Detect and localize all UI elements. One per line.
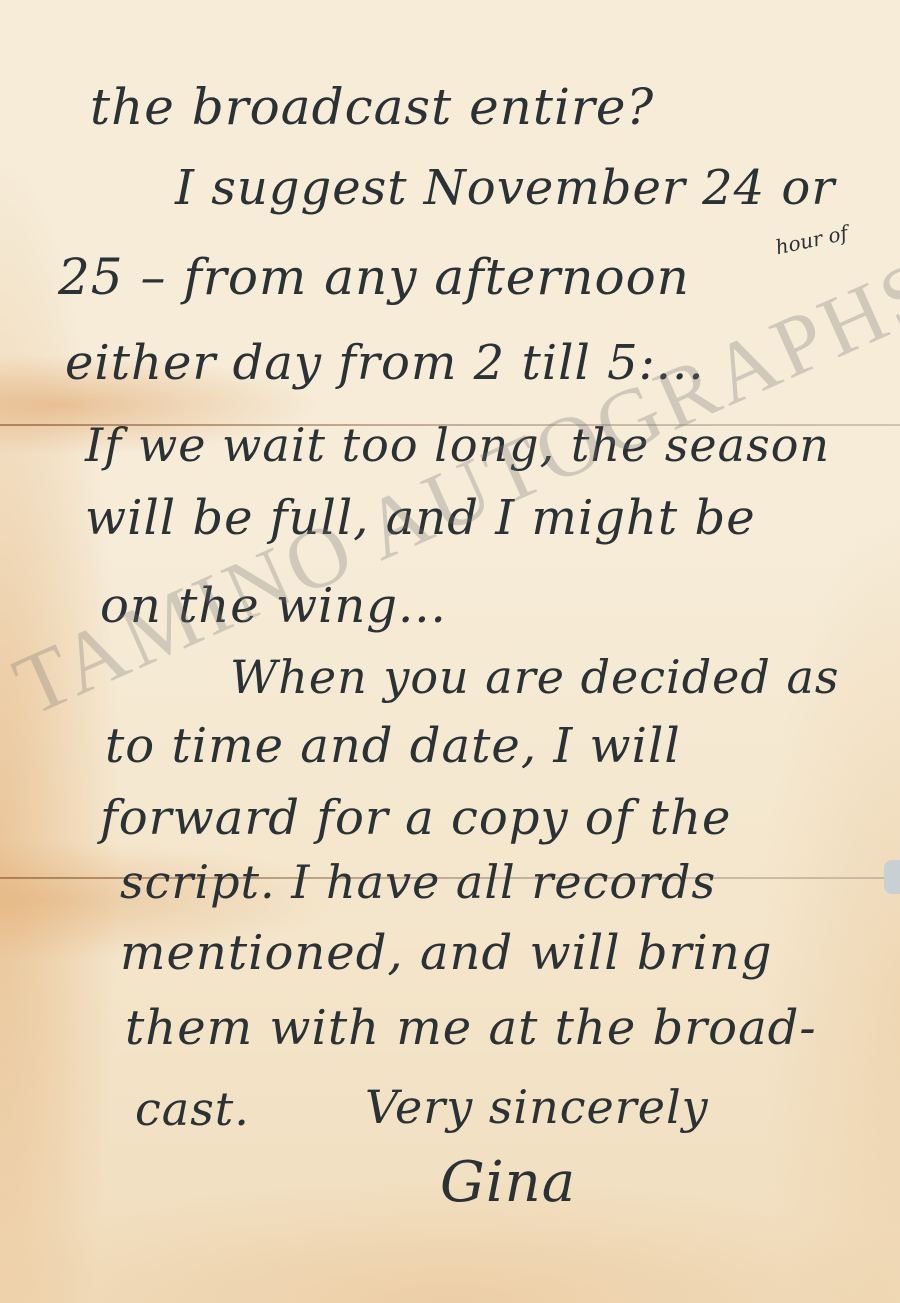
letter-page: the broadcast entire? I suggest November… [0, 0, 900, 1303]
letter-line-1: the broadcast entire? [90, 78, 654, 136]
letter-line-8: When you are decided as [230, 650, 839, 704]
letter-line-9: to time and date, I will [105, 718, 681, 774]
inserted-text: hour of [773, 221, 850, 260]
signature: Gina [440, 1150, 576, 1215]
letter-line-6: will be full, and I might be [85, 490, 756, 546]
letter-line-10: forward for a copy of the [100, 790, 731, 846]
letter-line-7: on the wing... [100, 578, 447, 634]
letter-line-14: cast. [135, 1082, 250, 1136]
letter-line-3: 25 – from any afternoon [58, 248, 690, 306]
letter-line-11: script. I have all records [120, 855, 716, 909]
closing: Very sincerely [365, 1080, 709, 1134]
letter-line-13: them with me at the broad- [125, 1000, 817, 1056]
letter-line-4: either day from 2 till 5:... [65, 335, 705, 391]
letter-line-2: I suggest November 24 or [175, 160, 835, 216]
letter-line-2-text: I suggest November 24 or [175, 160, 835, 216]
paper-tear [884, 860, 900, 894]
letter-line-5: If we wait too long, the season [85, 418, 830, 472]
letter-line-12: mentioned, and will bring [120, 925, 773, 981]
